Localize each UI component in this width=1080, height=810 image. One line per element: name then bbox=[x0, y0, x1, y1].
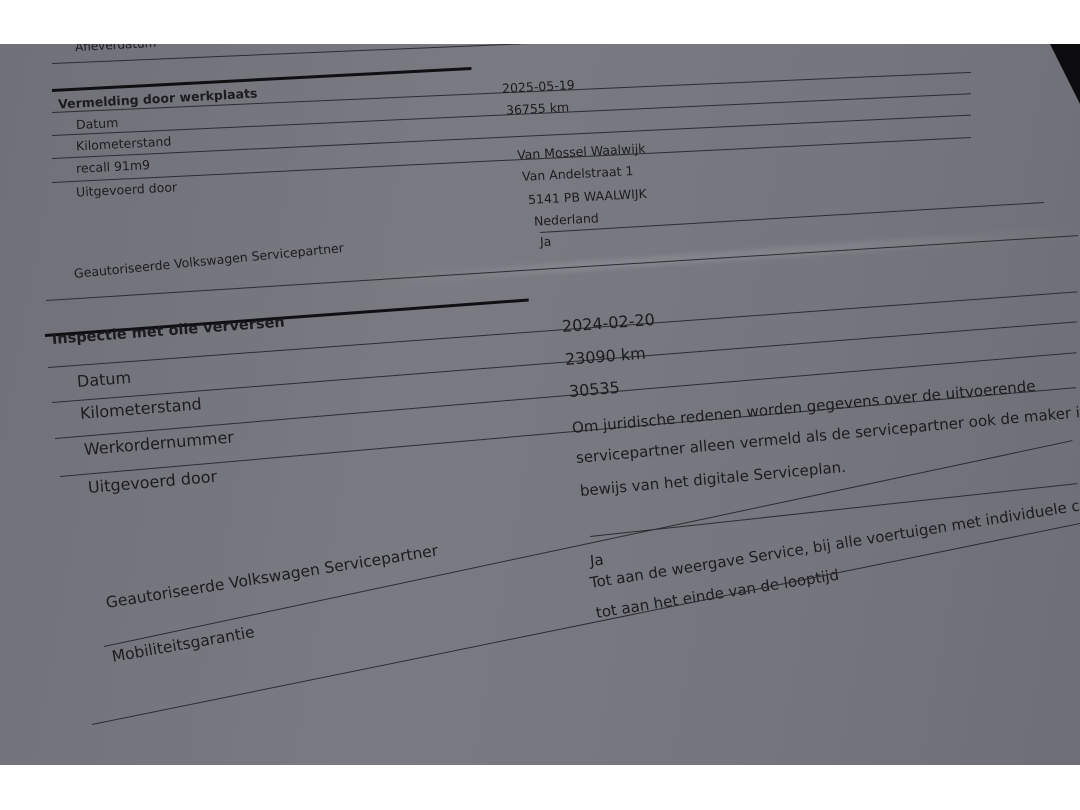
s1-km-value: 36755 km bbox=[506, 99, 570, 117]
s1-datum-value: 2025-05-19 bbox=[502, 77, 575, 96]
divider bbox=[540, 202, 1044, 233]
s1-km-label: Kilometerstand bbox=[76, 134, 172, 154]
s2-werkorder-label: Werkordernummer bbox=[83, 427, 234, 459]
divider bbox=[104, 440, 1073, 647]
s1-servicepartner-label: Geautoriseerde Volkswagen Servicepartner bbox=[73, 240, 344, 281]
s2-servicepartner-value: Ja bbox=[589, 551, 604, 570]
s1-servicepartner-value: Ja bbox=[540, 234, 552, 250]
s1-datum-label: Datum bbox=[76, 115, 119, 132]
paper-crease bbox=[370, 226, 1079, 286]
s2-datum-value: 2024-02-20 bbox=[561, 310, 655, 336]
document-photo: Afleverdatum Vermelding door werkplaats … bbox=[0, 44, 1080, 765]
s1-uitgevoerd-line-3: 5141 PB WAALWIJK bbox=[528, 186, 647, 207]
s2-servicepartner-label: Geautoriseerde Volkswagen Servicepartner bbox=[105, 542, 440, 612]
divider bbox=[52, 44, 951, 64]
s1-recall-label: recall 91m9 bbox=[76, 157, 151, 176]
divider bbox=[52, 137, 971, 183]
section-rule bbox=[52, 67, 472, 92]
s1-uitgevoerd-line-1: Van Mossel Waalwijk bbox=[517, 141, 646, 163]
s2-uitgevoerd-line-3: bewijs van het digitale Serviceplan. bbox=[579, 458, 846, 500]
s2-datum-label: Datum bbox=[76, 368, 131, 391]
s2-km-value: 23090 km bbox=[564, 344, 646, 369]
s1-uitgevoerd-label: Uitgevoerd door bbox=[76, 179, 178, 199]
s1-uitgevoerd-line-4: Nederland bbox=[534, 210, 599, 228]
afleverdatum-label: Afleverdatum bbox=[75, 44, 157, 54]
section2-title: Inspectie met olie verversen bbox=[51, 315, 285, 348]
background-corner bbox=[1050, 44, 1080, 104]
s1-uitgevoerd-line-2: Van Andelstraat 1 bbox=[522, 163, 634, 184]
divider bbox=[92, 523, 1080, 725]
divider bbox=[52, 115, 971, 159]
s2-werkorder-value: 30535 bbox=[568, 378, 620, 401]
